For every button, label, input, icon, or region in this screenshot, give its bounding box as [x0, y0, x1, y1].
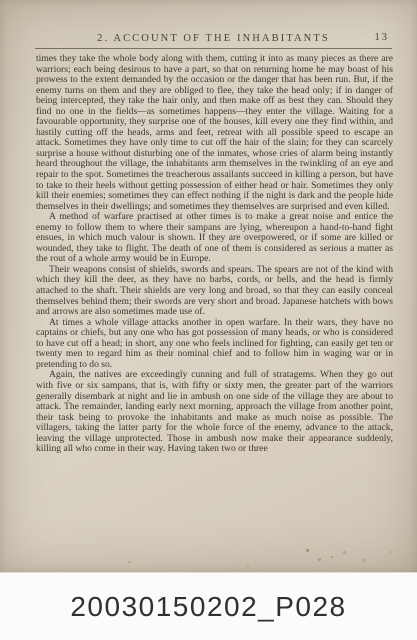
paragraph-3: Their weapons consist of shields, swords…: [36, 265, 393, 318]
paragraph-2: A method of warfare practised at other t…: [36, 212, 393, 265]
foxing-spot: [389, 551, 391, 553]
header-rule: [35, 48, 392, 49]
page-number: 13: [375, 32, 390, 43]
chapter-title: 2. ACCOUNT OF THE INHABITANTS: [97, 33, 330, 44]
archive-label-strip: 20030150202_P028: [0, 572, 417, 640]
archive-catalog-number: 20030150202_P028: [70, 591, 346, 623]
foxing-spot: [318, 558, 321, 561]
book-page: 2. ACCOUNT OF THE INHABITANTS 13 times t…: [0, 0, 417, 572]
scanned-book-page: 2. ACCOUNT OF THE INHABITANTS 13 times t…: [0, 0, 417, 640]
foxing-spot: [381, 196, 383, 198]
body-text: times they take the whole body along wit…: [36, 54, 393, 455]
running-header: 2. ACCOUNT OF THE INHABITANTS 13: [36, 31, 391, 45]
foxing-spot: [363, 559, 366, 562]
foxing-spot: [306, 549, 309, 552]
paragraph-4: At times a whole village attacks another…: [36, 318, 393, 371]
foxing-spot: [331, 556, 333, 558]
foxing-spot: [343, 551, 346, 554]
foxing-spot: [247, 565, 249, 567]
paragraph-1: times they take the whole body along wit…: [36, 54, 393, 212]
foxing-spot: [128, 561, 131, 563]
paragraph-5: Again, the natives are exceedingly cunni…: [36, 370, 393, 454]
